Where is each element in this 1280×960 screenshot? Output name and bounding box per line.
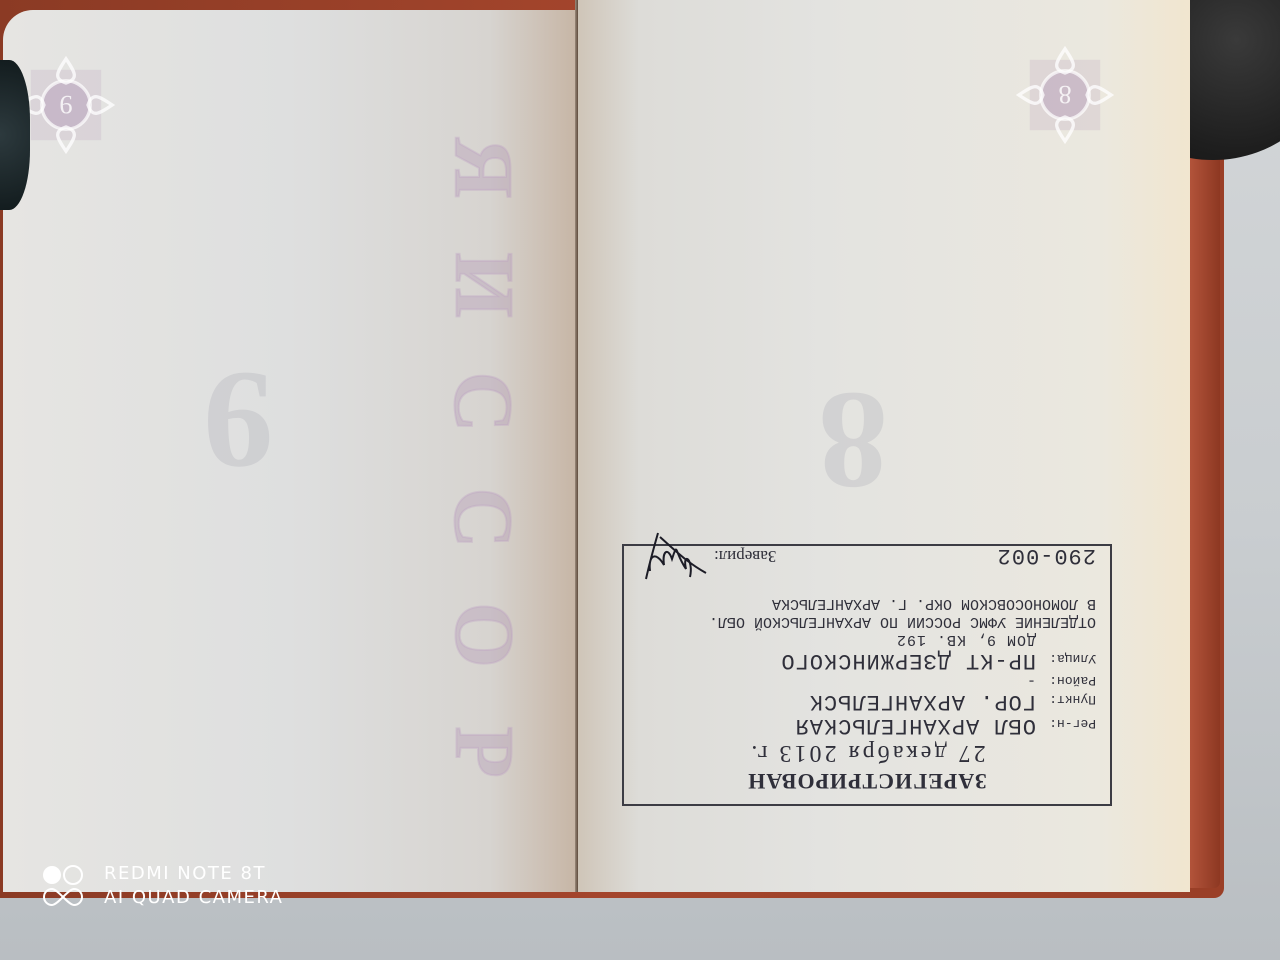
camera-model: REDMI NOTE 8T bbox=[104, 862, 283, 886]
registration-stamp: ЗАРЕГИСТРИРОВАН 27 декабря 2013 г. Рег-н… bbox=[622, 544, 1112, 806]
certified-by: Заверил: bbox=[638, 531, 776, 581]
stamp-office-line1: ОТДЕЛЕНИЕ УФМС РОССИИ ПО АРХАНГЕЛЬСКОЙ О… bbox=[638, 613, 1096, 629]
camera-tagline: AI QUAD CAMERA bbox=[104, 886, 283, 910]
camera-watermark: REDMI NOTE 8T AI QUAD CAMERA bbox=[40, 862, 283, 910]
russia-ornament-band: Р О С С И Я bbox=[428, 110, 538, 810]
stamp-field-district: Район: - bbox=[638, 672, 1096, 689]
stamp-title: ЗАРЕГИСТРИРОВАН bbox=[638, 768, 1096, 794]
signature-icon bbox=[638, 531, 708, 581]
page-number-watermark: 8 bbox=[818, 360, 888, 521]
office-code: 290-002 bbox=[997, 544, 1096, 569]
stamp-field-region: Рег-н: ОБЛ АРХАНГЕЛЬСКАЯ bbox=[638, 713, 1096, 737]
svg-text:8: 8 bbox=[1058, 80, 1071, 110]
stamp-field-street: Улица: ПР-КТ ДЗЕРЖИНСКОГО bbox=[638, 648, 1096, 672]
stamp-date: 27 декабря 2013 г. bbox=[638, 739, 1096, 766]
page-number-watermark: 9 bbox=[203, 340, 273, 501]
stamp-field-locality: Пункт: ГОР. АРХАНГЕЛЬСК bbox=[638, 689, 1096, 713]
stamp-office-line2: В ЛОМОНОСОВСКОМ ОКР. Г. АРХАНГЕЛЬСКА bbox=[638, 595, 1096, 611]
cover-edge bbox=[1190, 140, 1220, 888]
svg-text:9: 9 bbox=[59, 90, 72, 120]
corner-emblem-icon: 8 bbox=[1010, 40, 1120, 150]
stamp-house: ДОМ 9, КВ. 192 bbox=[638, 631, 1036, 648]
left-page: 9 9 Р О С С И Я bbox=[3, 10, 575, 892]
quad-camera-logo-icon bbox=[40, 863, 86, 909]
